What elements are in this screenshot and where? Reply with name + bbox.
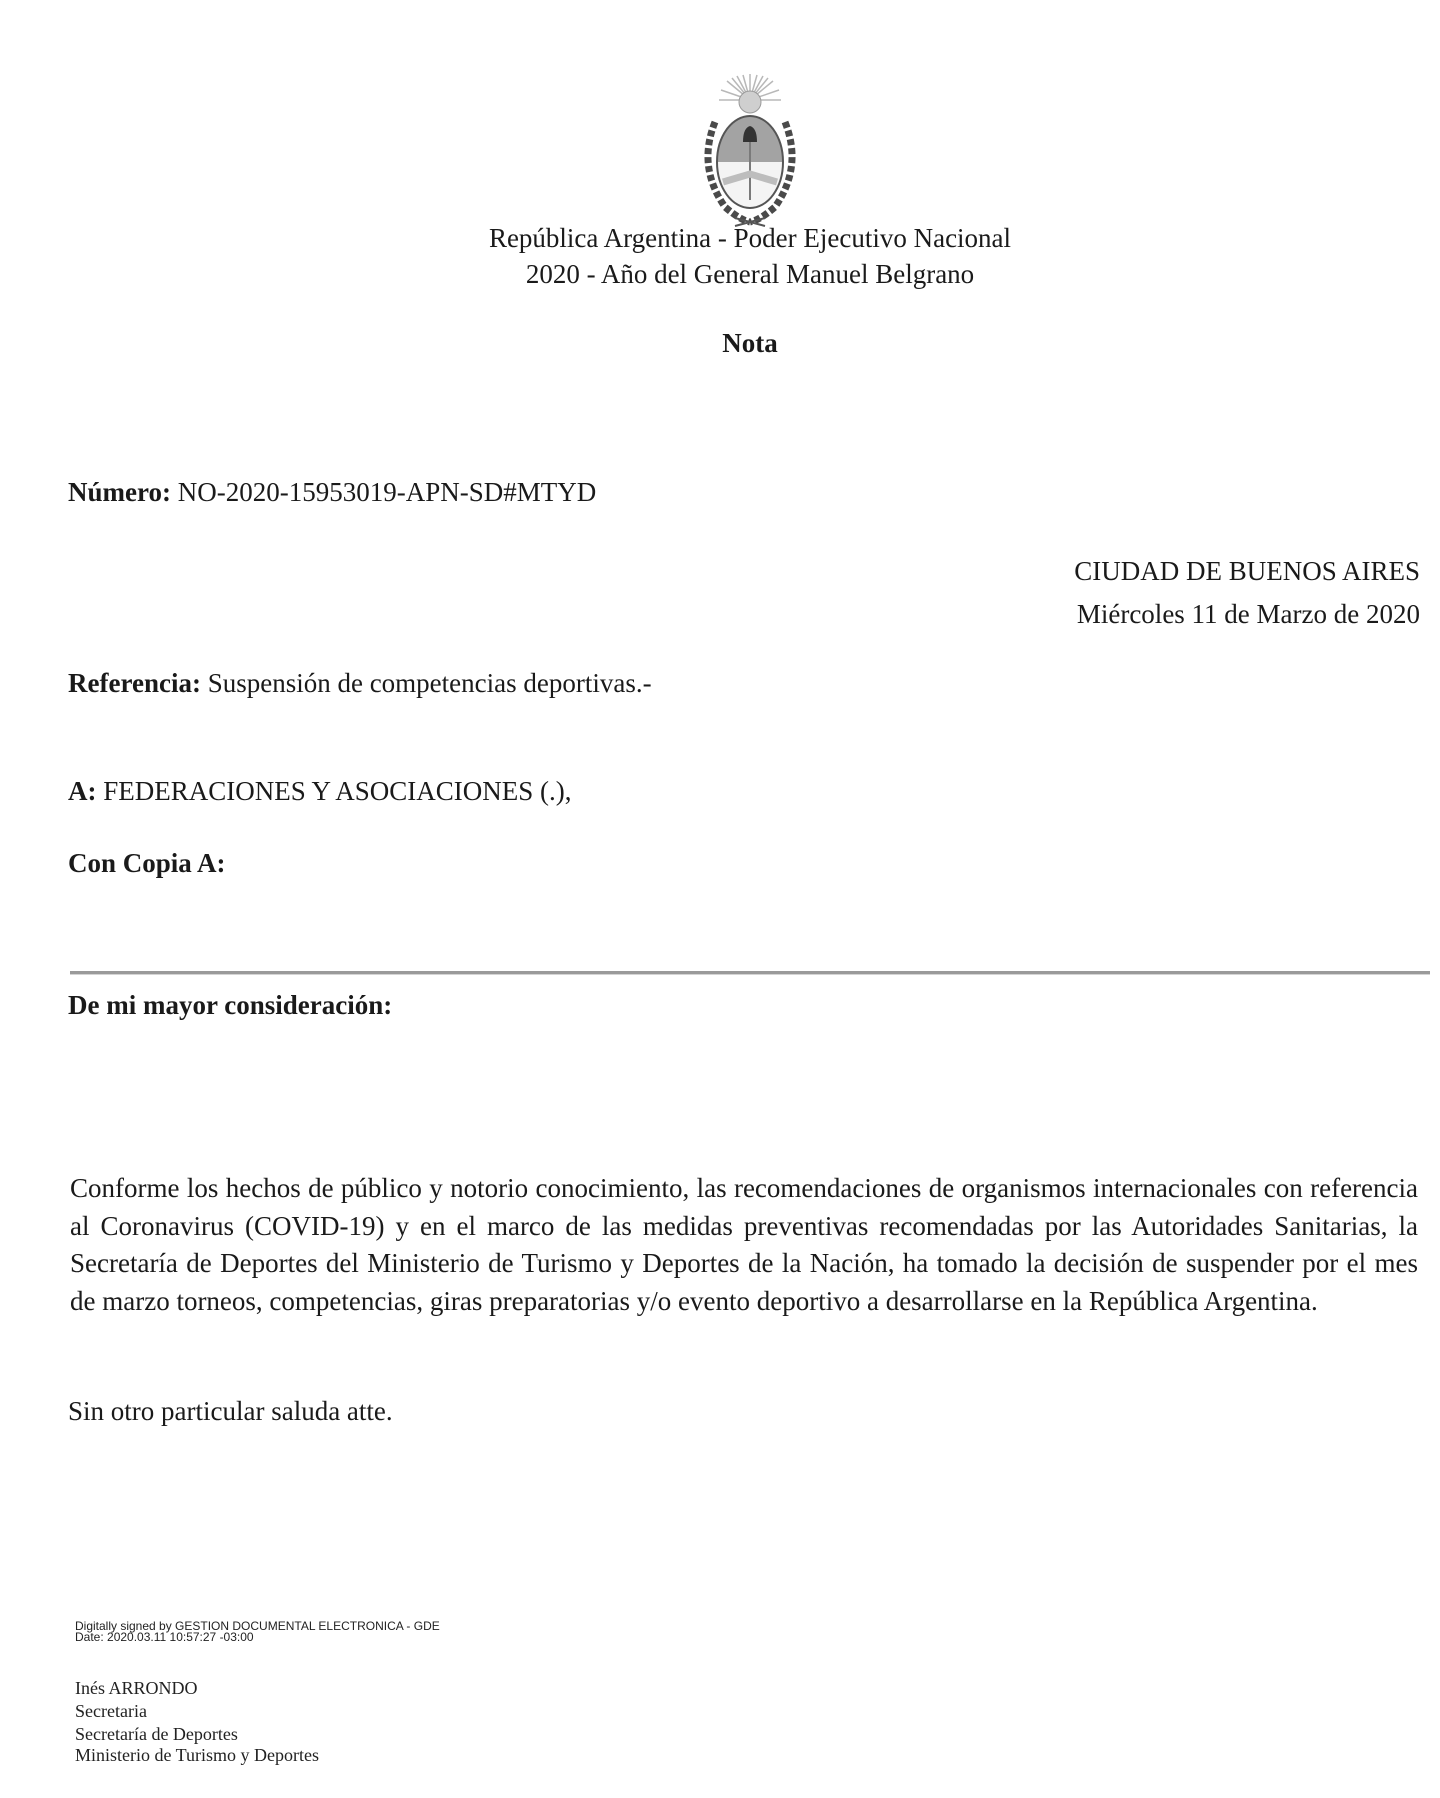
reference-value: Suspensión de competencias deportivas.-	[208, 668, 652, 698]
cc: Con Copia A:	[68, 848, 226, 879]
header-line-1: República Argentina - Poder Ejecutivo Na…	[0, 220, 1440, 257]
recipient: A: FEDERACIONES Y ASOCIACIONES (.),	[68, 776, 572, 807]
reference: Referencia: Suspensión de competencias d…	[68, 668, 652, 699]
signatory-block: Inés ARRONDO Secretaria Secretaría de De…	[75, 1677, 319, 1767]
closing: Sin otro particular saluda atte.	[68, 1396, 393, 1427]
document-number-label: Número:	[68, 477, 171, 507]
signatory-ministry: Ministerio de Turismo y Deportes	[75, 1744, 319, 1767]
header-line-2: 2020 - Año del General Manuel Belgrano	[0, 256, 1440, 293]
reference-label: Referencia:	[68, 668, 201, 698]
salutation: De mi mayor consideración:	[68, 990, 392, 1021]
signatory-name: Inés ARRONDO	[75, 1677, 319, 1700]
cc-label: Con Copia A:	[68, 848, 226, 878]
digital-signature-date: Date: 2020.03.11 10:57:27 -03:00	[75, 1632, 440, 1643]
document-type-title: Nota	[0, 328, 1440, 359]
date: Miércoles 11 de Marzo de 2020	[1074, 593, 1420, 636]
document-number: Número: NO-2020-15953019-APN-SD#MTYD	[68, 477, 596, 508]
section-divider	[70, 971, 1430, 975]
coat-of-arms-icon	[695, 72, 805, 232]
place-date-block: CIUDAD DE BUENOS AIRES Miércoles 11 de M…	[1074, 550, 1420, 636]
document-number-value: NO-2020-15953019-APN-SD#MTYD	[178, 477, 597, 507]
signatory-office: Secretaría de Deportes	[75, 1723, 319, 1746]
city: CIUDAD DE BUENOS AIRES	[1074, 550, 1420, 593]
body-paragraph: Conforme los hechos de público y notorio…	[70, 1170, 1418, 1320]
recipient-value: FEDERACIONES Y ASOCIACIONES (.),	[103, 776, 571, 806]
recipient-label: A:	[68, 776, 97, 806]
signatory-position: Secretaria	[75, 1700, 319, 1723]
digital-signature-stamp: Digitally signed by GESTION DOCUMENTAL E…	[75, 1621, 440, 1643]
